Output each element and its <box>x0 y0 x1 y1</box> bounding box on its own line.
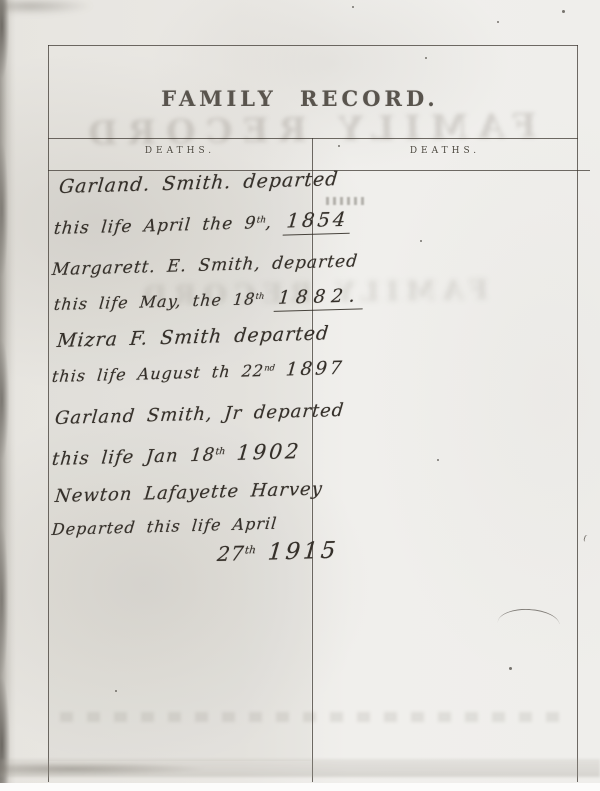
death-year: 1915 <box>267 538 340 566</box>
stray-mark <box>583 534 590 542</box>
death-year: 1902 <box>236 439 303 465</box>
ink-smudge <box>326 197 364 205</box>
bottom-smudge-band <box>0 759 600 777</box>
dust-speck <box>420 240 422 242</box>
death-year: 1897 <box>285 358 346 381</box>
dust-speck <box>509 667 512 670</box>
header-rule-top <box>48 138 578 139</box>
left-column-header: DEATHS. <box>110 146 250 156</box>
right-column-header: DEATHS. <box>375 146 515 156</box>
dust-speck <box>497 21 499 23</box>
dust-speck <box>338 145 340 147</box>
entry-text: 27 <box>216 541 246 566</box>
scanned-family-record-page: FAMILY RECORD FAMILY RECORD FAMILY RECOR… <box>0 0 600 791</box>
dust-speck <box>437 459 439 461</box>
outer-border-top <box>48 45 578 46</box>
entry-text: , <box>265 213 285 234</box>
dust-speck <box>562 10 565 13</box>
death-year: 1882. <box>274 285 365 312</box>
scan-bottom-margin <box>0 783 600 791</box>
corner-smudge <box>0 0 150 26</box>
page-title: FAMILY RECORD. <box>50 86 550 111</box>
bleed-through-row <box>60 712 570 722</box>
outer-border-right <box>577 45 578 782</box>
outer-border-left <box>48 45 49 782</box>
dust-speck <box>352 6 354 8</box>
dust-speck <box>425 57 427 59</box>
dust-speck <box>115 690 117 692</box>
death-entry-5-line-3: 27th 1915 <box>216 538 340 567</box>
scan-edge-shadow <box>0 0 16 791</box>
death-year: 1854 <box>282 208 352 236</box>
stray-pen-stroke <box>498 607 561 626</box>
